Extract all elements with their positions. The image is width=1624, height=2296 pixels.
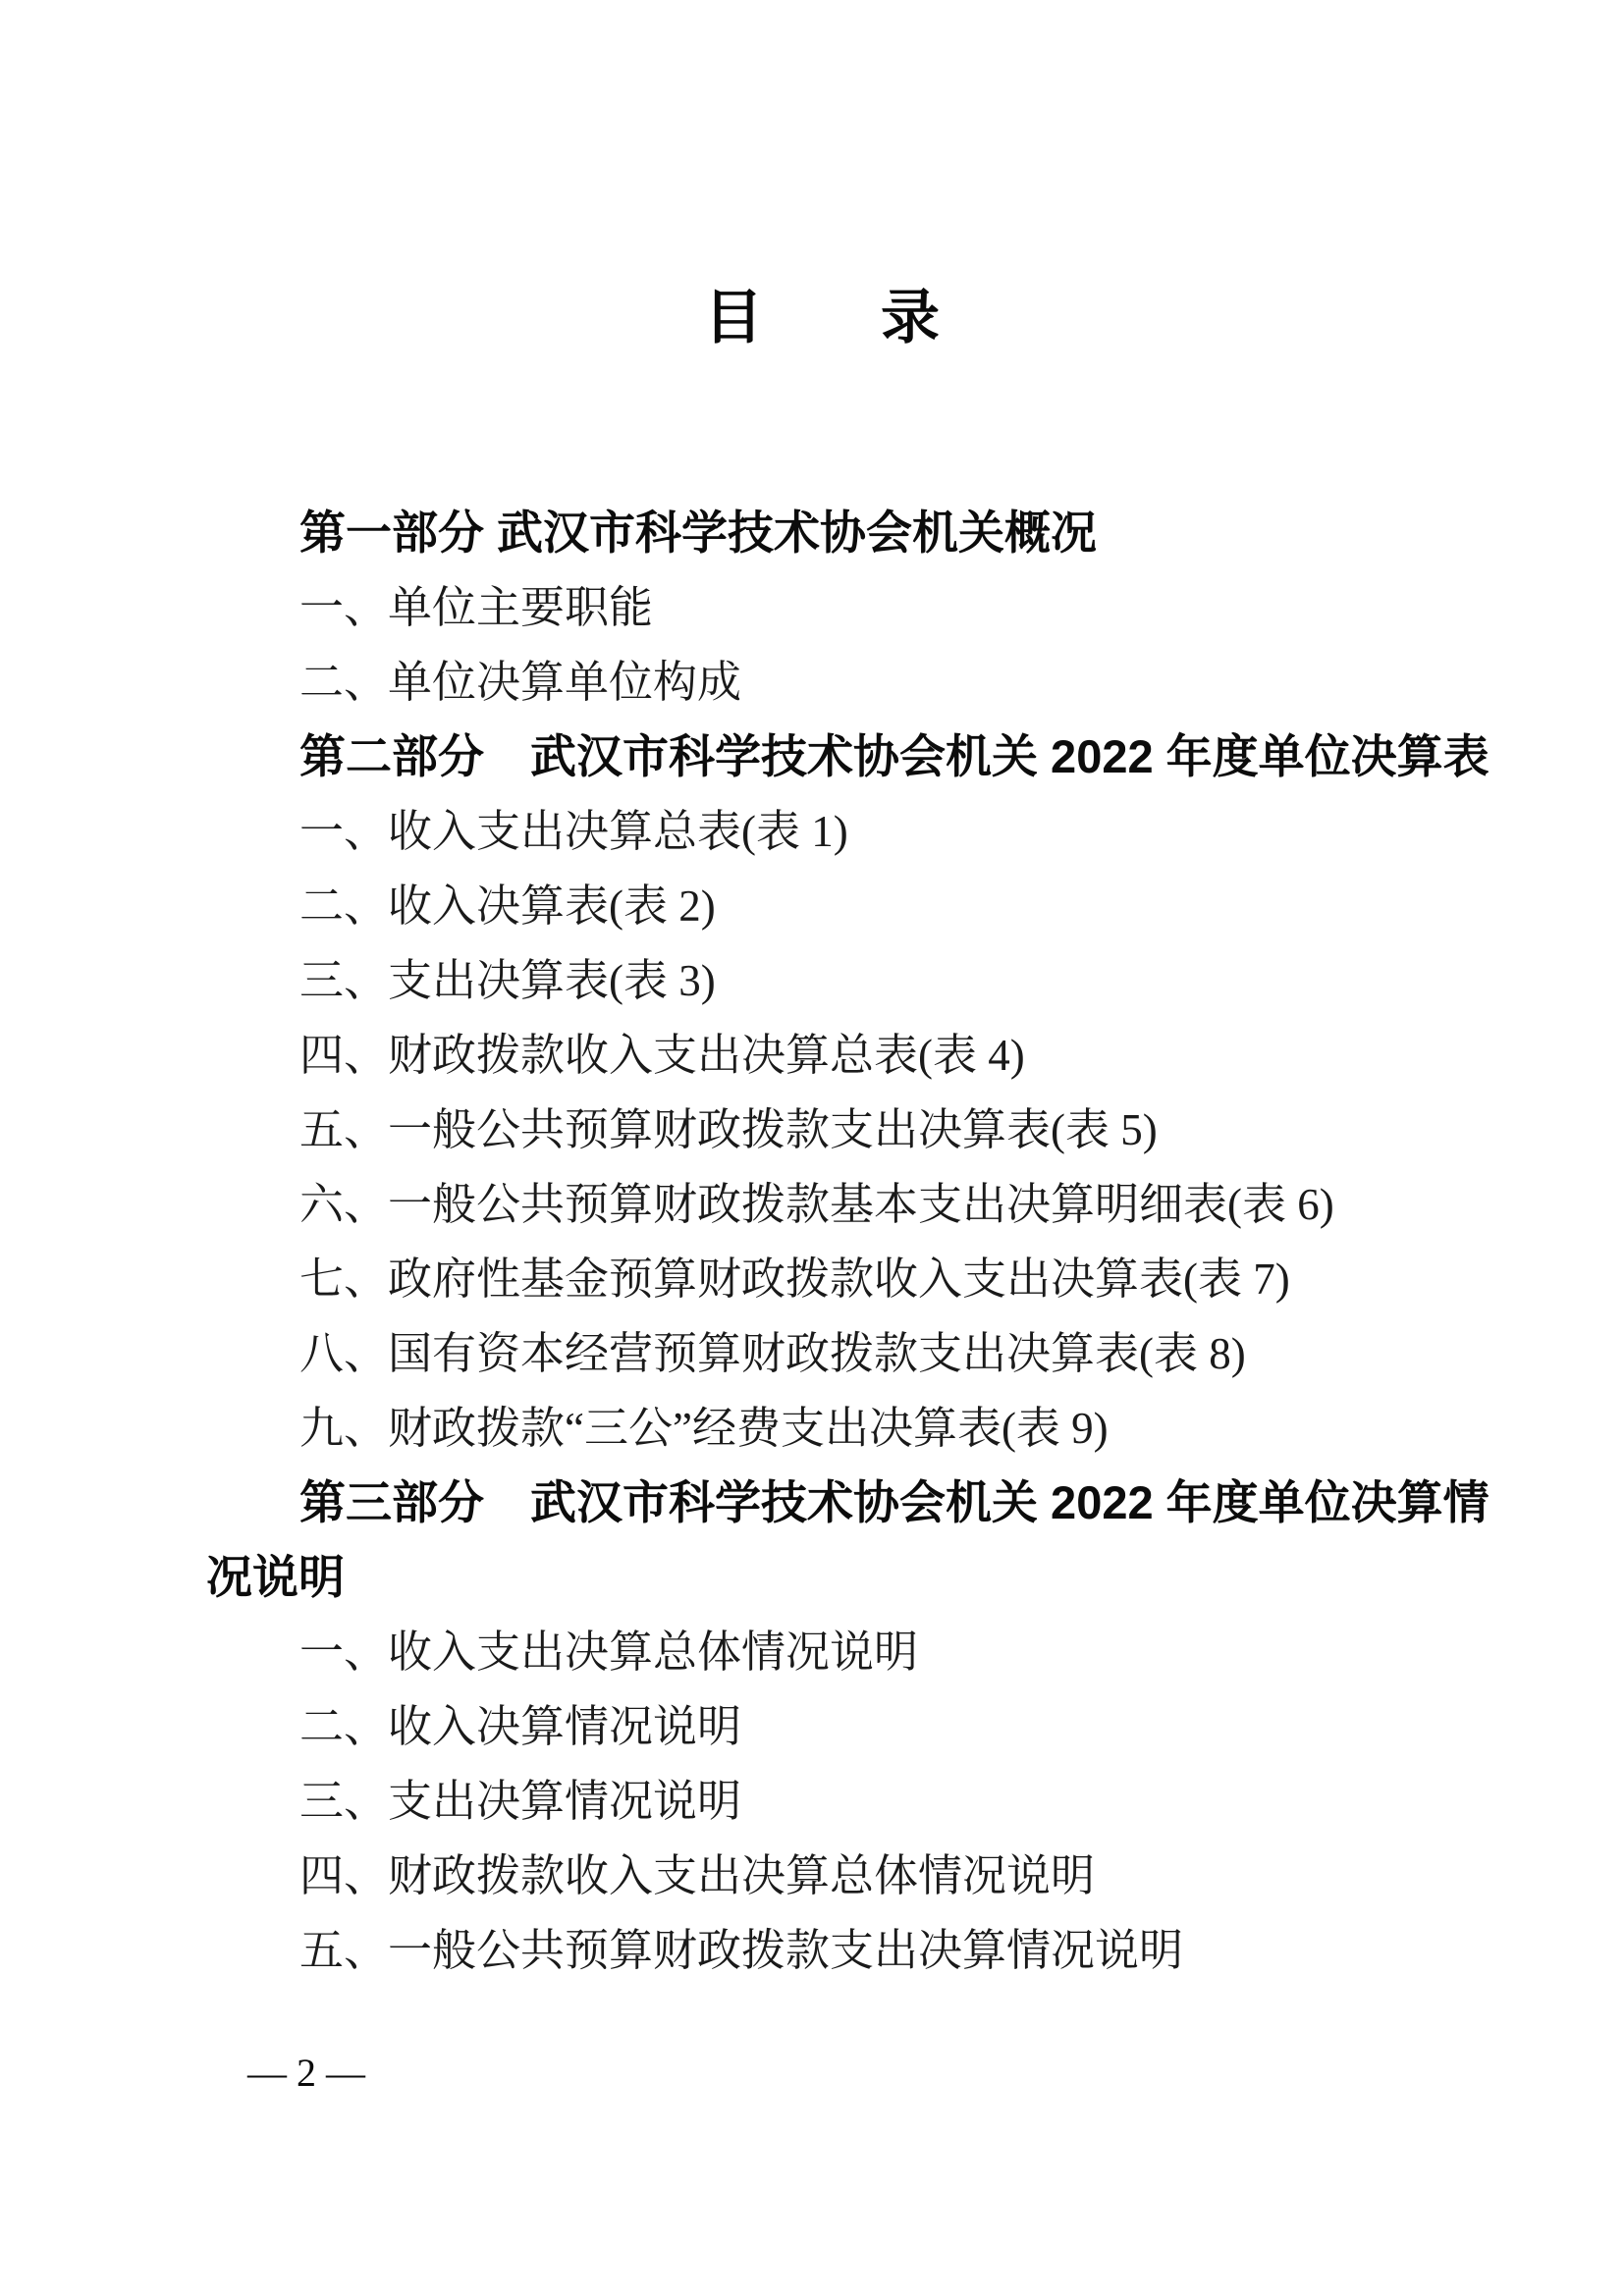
toc-item-s2-9: 九、财政拨款“三公”经费支出决算表(表 9) bbox=[206, 1391, 1437, 1466]
page-title: 目 录 bbox=[206, 278, 1437, 358]
table-of-contents: 第一部分 武汉市科学技术协会机关概况 一、单位主要职能 二、单位决算单位构成 第… bbox=[206, 496, 1437, 1988]
toc-item-s3-3: 三、支出决算情况说明 bbox=[206, 1764, 1437, 1839]
toc-item-s1-2: 二、单位决算单位构成 bbox=[206, 645, 1437, 720]
toc-item-s2-1: 一、收入支出决算总表(表 1) bbox=[206, 794, 1437, 869]
toc-section-1-heading: 第一部分 武汉市科学技术协会机关概况 bbox=[206, 496, 1437, 570]
toc-item-s2-8: 八、国有资本经营预算财政拨款支出决算表(表 8) bbox=[206, 1316, 1437, 1391]
toc-item-s3-1: 一、收入支出决算总体情况说明 bbox=[206, 1615, 1437, 1689]
toc-item-s2-2: 二、收入决算表(表 2) bbox=[206, 869, 1437, 943]
toc-section-3-heading-line1: 第三部分 武汉市科学技术协会机关 2022 年度单位决算情 bbox=[206, 1466, 1437, 1540]
toc-item-s3-2: 二、收入决算情况说明 bbox=[206, 1689, 1437, 1764]
toc-item-s2-5: 五、一般公共预算财政拨款支出决算表(表 5) bbox=[206, 1093, 1437, 1167]
toc-item-s2-7: 七、政府性基金预算财政拨款收入支出决算表(表 7) bbox=[206, 1242, 1437, 1316]
toc-item-s2-6: 六、一般公共预算财政拨款基本支出决算明细表(表 6) bbox=[206, 1167, 1437, 1242]
toc-item-s1-1: 一、单位主要职能 bbox=[206, 570, 1437, 645]
toc-section-2-heading: 第二部分 武汉市科学技术协会机关 2022 年度单位决算表 bbox=[206, 720, 1437, 794]
page-number: — 2 — bbox=[247, 2052, 365, 2095]
toc-section-3-heading-line2: 况说明 bbox=[206, 1540, 1437, 1615]
toc-item-s2-4: 四、财政拨款收入支出决算总表(表 4) bbox=[206, 1018, 1437, 1093]
toc-item-s2-3: 三、支出决算表(表 3) bbox=[206, 943, 1437, 1018]
toc-item-s3-5: 五、一般公共预算财政拨款支出决算情况说明 bbox=[206, 1913, 1437, 1988]
toc-item-s3-4: 四、财政拨款收入支出决算总体情况说明 bbox=[206, 1839, 1437, 1913]
document-page: 目 录 第一部分 武汉市科学技术协会机关概况 一、单位主要职能 二、单位决算单位… bbox=[0, 0, 1624, 2296]
